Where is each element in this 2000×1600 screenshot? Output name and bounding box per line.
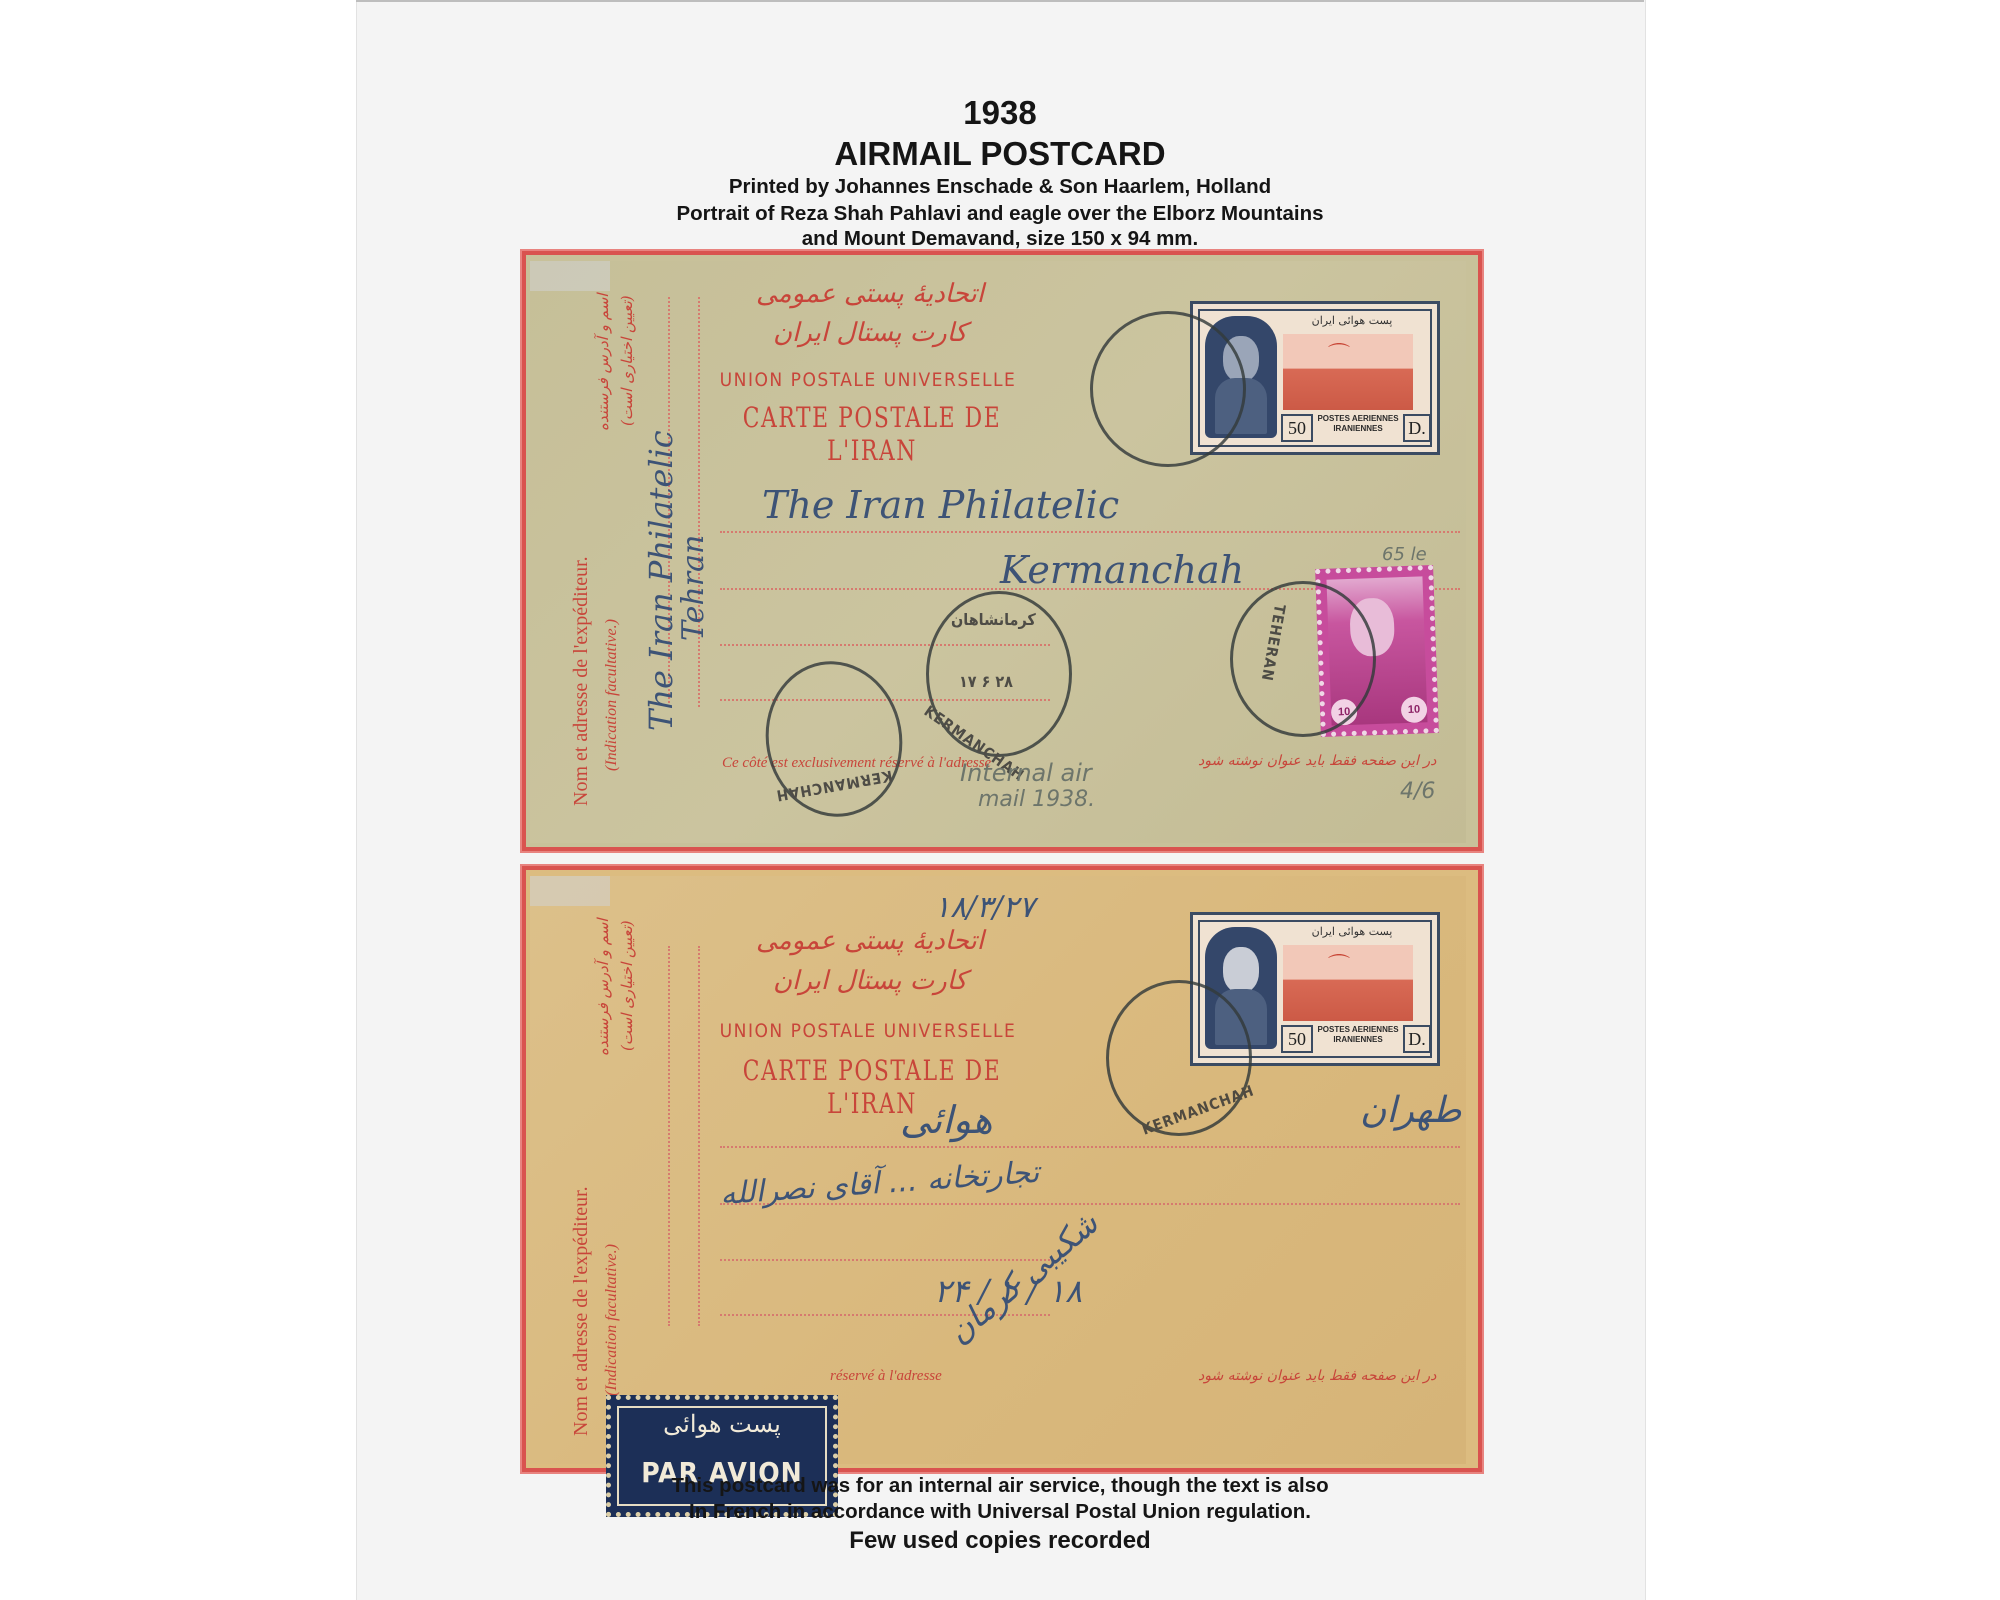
stamp-unit: D.	[1403, 414, 1431, 442]
address-line	[720, 1259, 1050, 1261]
persian-heading-2: کارت پستال ایران	[720, 318, 1020, 348]
mountain-scene: ⌒	[1283, 334, 1413, 410]
postmark-kermanchah-2: KERMANCHAH	[753, 650, 914, 827]
postmark-kermanchah: KERMANCHAH	[1106, 980, 1252, 1136]
stamp-legend: POSTES AERIENNESIRANIENNES	[1313, 1025, 1403, 1045]
sender-note-persian: (تعیین اختیاری است)	[618, 295, 636, 426]
postcard-1: Nom et adresse de l'expéditeur. (Indicat…	[522, 251, 1482, 851]
page-title: AIRMAIL POSTCARD	[356, 135, 1644, 173]
sender-city-handwriting: Tehran	[676, 535, 711, 641]
pencil-price: 65 le	[1382, 544, 1427, 565]
footer-line-2: In French in accordance with Universal P…	[356, 1500, 1644, 1524]
sender-note-persian: (تعیین اختیاری است)	[618, 920, 636, 1051]
footer-note: Few used copies recorded	[356, 1527, 1644, 1555]
sender-dotted-line	[698, 297, 700, 707]
recipient-line-2: Kermanchah	[1000, 548, 1244, 592]
mount-tape	[530, 876, 610, 906]
postmark-tehran	[1090, 311, 1246, 467]
stamp-unit: D.	[1403, 1025, 1431, 1053]
recipient-city: طهران	[1360, 1090, 1462, 1131]
sender-label-persian: اسم و آدرس فرستنده	[594, 294, 612, 431]
eagle-icon: ⌒	[1328, 949, 1350, 980]
address-side-note: réservé à l'adresse	[830, 1368, 942, 1385]
header-line-3: and Mount Demavand, size 150 x 94 mm.	[356, 227, 1644, 251]
postmark-teheran: TEHERAN	[1230, 581, 1376, 737]
pencil-note-1: Internal air	[960, 759, 1092, 787]
page-year: 1938	[356, 94, 1644, 132]
sender-dotted-line	[698, 946, 700, 1326]
sender-note: (Indication facultative.)	[603, 619, 621, 771]
stamp-persian-top: پست هوائی ایران	[1279, 314, 1425, 332]
recipient-line-1: The Iran Philatelic	[762, 483, 1119, 527]
persian-heading-2: کارت پستال ایران	[720, 966, 1020, 996]
union-postale-heading: UNION POSTALE UNIVERSELLE	[708, 1020, 1028, 1042]
carte-postale-heading: CARTE POSTALE DE L'IRAN	[732, 401, 1013, 467]
stamp-value: 50	[1281, 1025, 1313, 1053]
manuscript-date-top: ۱۸/۳/۲۷	[934, 890, 1035, 925]
pencil-note-2: mail 1938.	[978, 787, 1095, 812]
by-air-handwriting: هوائی	[900, 1098, 992, 1142]
postcard-2: Nom et adresse de l'expéditeur. (Indicat…	[522, 866, 1482, 1472]
header-line-1: Printed by Johannes Enschade & Son Haarl…	[356, 175, 1644, 199]
header-line-2: Portrait of Reza Shah Pahlavi and eagle …	[356, 202, 1644, 226]
eagle-icon: ⌒	[1328, 338, 1350, 369]
address-line	[720, 1146, 1460, 1148]
address-line	[720, 531, 1460, 533]
par-avion-label: پست هوائی PAR AVION	[606, 1395, 838, 1517]
sender-label: Nom et adresse de l'expéditeur.	[570, 1186, 593, 1436]
persian-heading-1: اتحادیهٔ پستی عمومی	[720, 926, 1020, 956]
sender-label-persian: اسم و آدرس فرستنده	[594, 919, 612, 1056]
sender-dotted-line	[668, 946, 670, 1326]
sender-note: (Indication facultative.)	[603, 1244, 621, 1396]
footer-line-1: This postcard was for an internal air se…	[356, 1474, 1644, 1498]
page-edge	[356, 0, 1644, 2]
stamp-legend: POSTES AERIENNESIRANIENNES	[1313, 414, 1403, 434]
airmail-label-persian: پست هوائی	[611, 1410, 833, 1438]
mountain-scene: ⌒	[1283, 945, 1413, 1021]
address-side-persian: در این صفحه فقط باید عنوان نوشته شود	[1198, 753, 1436, 769]
sender-handwriting: The Iran Philatelic	[642, 430, 680, 731]
postmark-kermanchah-1: کرمانشاهان ۱۷ ۶ ۲۸ KERMANCHAH	[926, 591, 1072, 757]
stamp-value: 50	[1281, 414, 1313, 442]
union-postale-heading: UNION POSTALE UNIVERSELLE	[708, 369, 1028, 391]
address-side-persian: در این صفحه فقط باید عنوان نوشته شود	[1198, 1368, 1436, 1384]
mount-tape	[530, 261, 610, 291]
stamp-persian-top: پست هوائی ایران	[1279, 925, 1425, 943]
sender-label: Nom et adresse de l'expéditeur.	[570, 556, 593, 806]
pencil-ref: 4/6	[1400, 779, 1435, 804]
persian-heading-1: اتحادیهٔ پستی عمومی	[720, 279, 1020, 309]
